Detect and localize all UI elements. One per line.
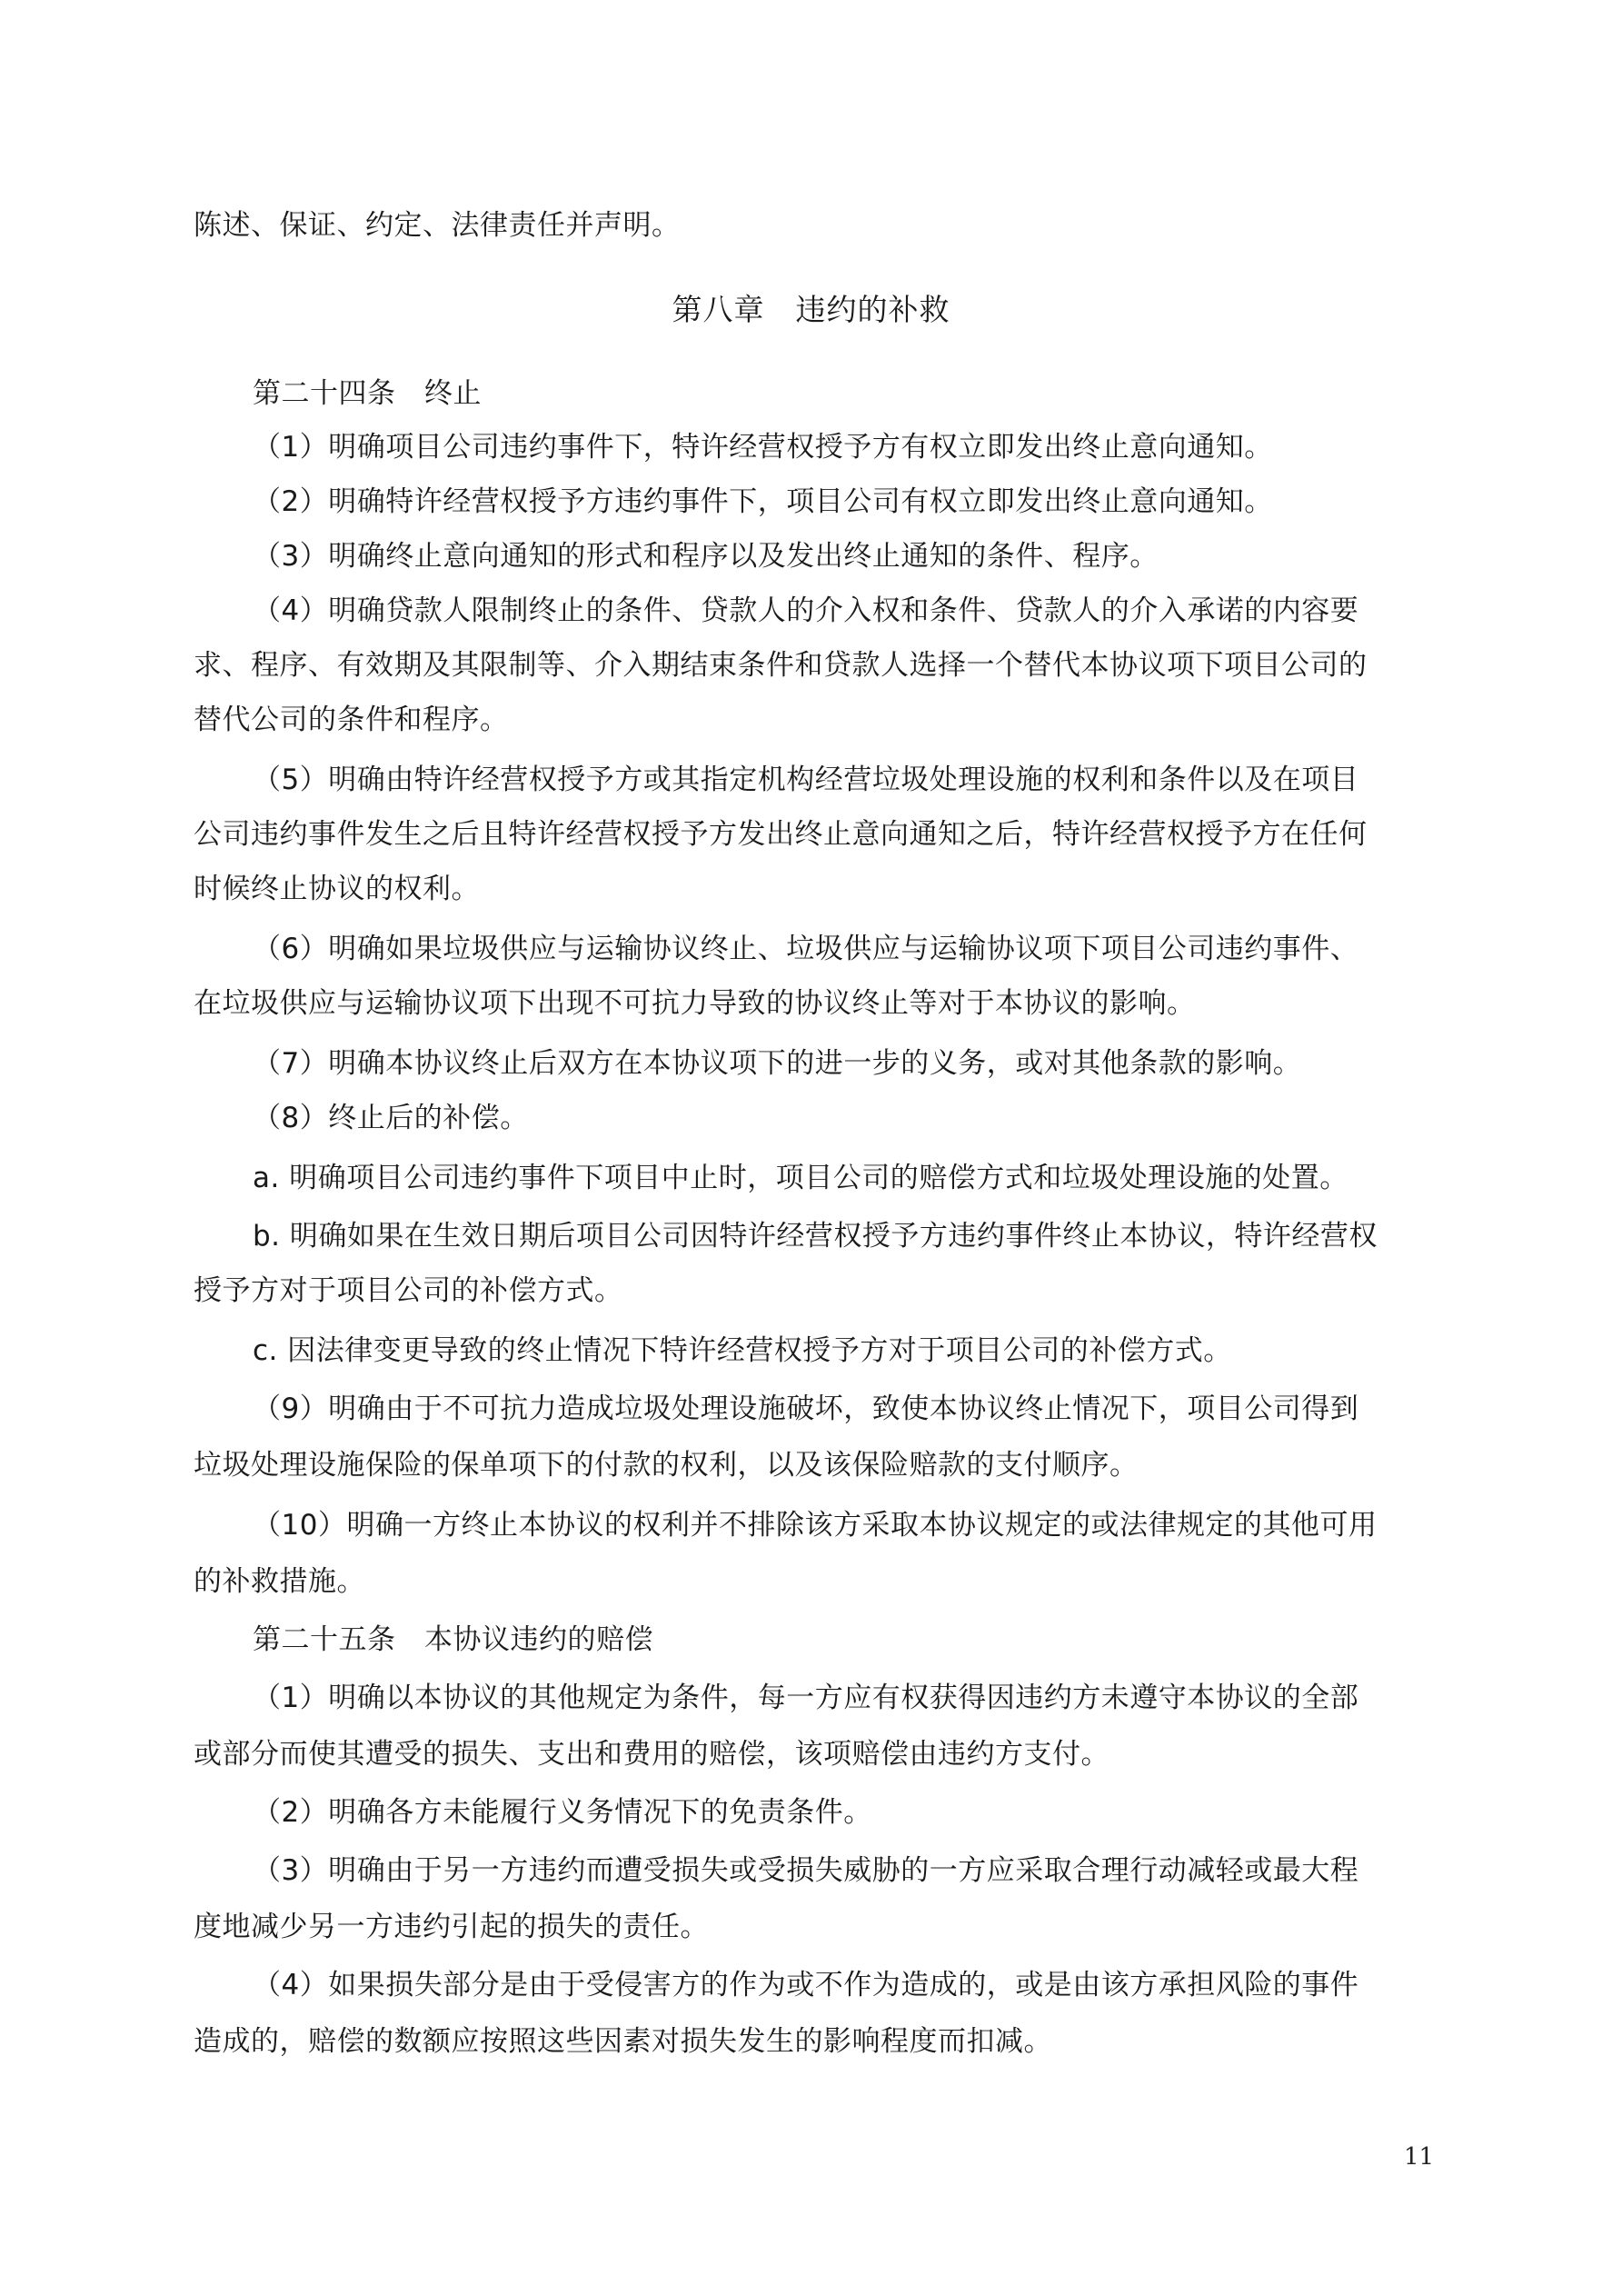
article-24-line: a. 明确项目公司违约事件下项目中止时，项目公司的赔偿方式和垃圾处理设施的处置。 (253, 1160, 1498, 1196)
article-25-line: （3）明确由于另一方违约而遭受损失或受损失威胁的一方应采取合理行动减轻或最大程 (253, 1852, 1498, 1889)
article-25-line: 造成的，赔偿的数额应按照这些因素对损失发生的影响程度而扣减。 (194, 2023, 1438, 2060)
article-24-line: 求、程序、有效期及其限制等、介入期结束条件和贷款人选择一个替代本协议项下项目公司… (194, 647, 1438, 684)
article-25-line: （2）明确各方未能履行义务情况下的免责条件。 (253, 1794, 1498, 1831)
article-24-line: 的补救措施。 (194, 1563, 1438, 1600)
chapter-title: 第八章 违约的补救 (0, 291, 1622, 329)
article-25-line: 度地减少另一方违约引起的损失的责任。 (194, 1909, 1438, 1945)
article-24-line: 在垃圾供应与运输协议项下出现不可抗力导致的协议终止等对于本协议的影响。 (194, 985, 1438, 1022)
article-24-line: 公司违约事件发生之后且特许经营权授予方发出终止意向通知之后，特许经营权授予方在任… (194, 816, 1438, 853)
article-24-line: （1）明确项目公司违约事件下，特许经营权授予方有权立即发出终止意向通知。 (253, 429, 1498, 465)
article-24-line: （7）明确本协议终止后双方在本协议项下的进一步的义务，或对其他条款的影响。 (253, 1045, 1498, 1082)
article-25-line: （4）如果损失部分是由于受侵害方的作为或不作为造成的，或是由该方承担风险的事件 (253, 1967, 1498, 2003)
article-25-line: （1）明确以本协议的其他规定为条件，每一方应有权获得因违约方未遵守本协议的全部 (253, 1680, 1498, 1716)
continuation-text: 陈述、保证、约定、法律责任并声明。 (194, 207, 1438, 244)
document-page: 陈述、保证、约定、法律责任并声明。 第八章 违约的补救 第二十四条 终止 （1）… (0, 0, 1622, 2296)
article-24-line: （9）明确由于不可抗力造成垃圾处理设施破坏，致使本协议终止情况下，项目公司得到 (253, 1391, 1498, 1427)
article-24-line: b. 明确如果在生效日期后项目公司因特许经营权授予方违约事件终止本协议，特许经营… (253, 1218, 1498, 1254)
article-24-line: （10）明确一方终止本协议的权利并不排除该方采取本协议规定的或法律规定的其他可用 (253, 1507, 1498, 1543)
article-24-line: （2）明确特许经营权授予方违约事件下，项目公司有权立即发出终止意向通知。 (253, 484, 1498, 520)
article-24-line: （6）明确如果垃圾供应与运输协议终止、垃圾供应与运输协议项下项目公司违约事件、 (253, 931, 1498, 967)
page-number: 11 (1404, 2143, 1434, 2171)
article-24-line: （8）终止后的补偿。 (253, 1100, 1498, 1136)
article-25-title: 第二十五条 本协议违约的赔偿 (253, 1622, 1498, 1658)
article-24-line: 垃圾处理设施保险的保单项下的付款的权利，以及该保险赔款的支付顺序。 (194, 1447, 1438, 1483)
article-24-line: c. 因法律变更导致的终止情况下特许经营权授予方对于项目公司的补偿方式。 (253, 1333, 1498, 1369)
article-24-line: 时候终止协议的权利。 (194, 871, 1438, 907)
article-25-line: 或部分而使其遭受的损失、支出和费用的赔偿，该项赔偿由违约方支付。 (194, 1736, 1438, 1772)
article-24-line: 授予方对于项目公司的补偿方式。 (194, 1273, 1438, 1309)
article-24-line: （5）明确由特许经营权授予方或其指定机构经营垃圾处理设施的权利和条件以及在项目 (253, 762, 1498, 798)
article-24-line: （4）明确贷款人限制终止的条件、贷款人的介入权和条件、贷款人的介入承诺的内容要 (253, 593, 1498, 629)
article-24-line: 替代公司的条件和程序。 (194, 702, 1438, 738)
article-24-title: 第二十四条 终止 (253, 375, 1498, 412)
article-24-line: （3）明确终止意向通知的形式和程序以及发出终止通知的条件、程序。 (253, 538, 1498, 574)
